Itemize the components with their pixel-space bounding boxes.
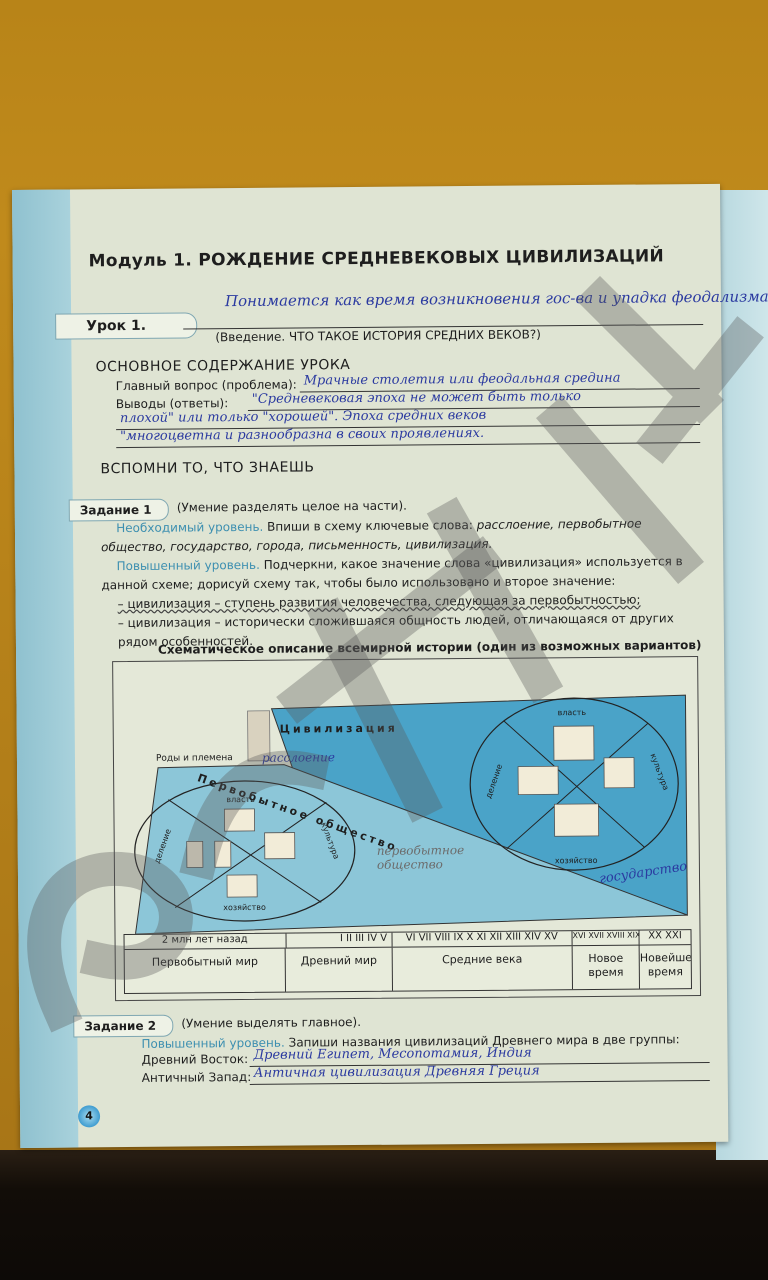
- west-answer: Античная цивилизация Древняя Греция: [254, 1063, 540, 1080]
- task2-skill: (Умение выделять главное).: [181, 1015, 361, 1031]
- remember-title: ВСПОМНИ ТО, ЧТО ЗНАЕШЬ: [100, 459, 314, 477]
- answer-line: [250, 1080, 710, 1085]
- timeline-cell: 2 млн лет назад: [125, 934, 287, 949]
- tribes-label: Роды и племена: [156, 753, 233, 764]
- level2-name: Повышенный уровень.: [116, 558, 259, 573]
- west-label: Античный Запад:: [142, 1070, 252, 1085]
- timeline-cell: I II III IV V: [286, 933, 392, 948]
- civilization-label: Цивилизация: [280, 722, 398, 736]
- task1-level2: Повышенный уровень. Подчеркни, какое зна…: [101, 552, 701, 595]
- history-scheme: Роды и племена Цивилизация Первобытное о…: [112, 656, 701, 1001]
- workbook-page: Модуль 1. РОЖДЕНИЕ СРЕДНЕВЕКОВЫХ ЦИВИЛИЗ…: [12, 184, 728, 1148]
- hand-primitive-society: первобытное общество: [377, 843, 467, 872]
- era-middle-ages: Средние века: [393, 946, 574, 991]
- timeline-cell: VI VII VIII IX X XI XII XIII XIV XV: [392, 931, 573, 947]
- conclusions-line-1: "Средневековая эпоха не может быть тольк…: [252, 389, 581, 407]
- era-modern: Новое время: [573, 946, 640, 990]
- lesson-handwriting: Понимается как время возникновения гос-в…: [225, 287, 768, 310]
- conclusions-line-3: "многоцветна и разнообразна в своих проя…: [120, 426, 484, 444]
- right-sector-economy: хозяйство: [555, 856, 598, 865]
- task1-level1: Необходимый уровень. Впиши в схему ключе…: [101, 514, 701, 557]
- main-question-label: Главный вопрос (проблема):: [116, 378, 297, 394]
- era-contemporary: Новейшее время: [640, 945, 691, 988]
- right-sector-power: власть: [558, 708, 587, 717]
- timeline-table: 2 млн лет назад I II III IV V VI VII VII…: [123, 929, 692, 994]
- level1-text: Впиши в схему ключевые слова:: [267, 518, 473, 534]
- timeline-cell: XVI XVII XVIII XIX: [572, 931, 639, 946]
- lesson-label: Урок 1.: [55, 312, 197, 339]
- timeline-cell: XX XXI: [640, 930, 691, 944]
- left-sector-power: власть: [226, 795, 255, 804]
- left-sector-economy: хозяйство: [223, 903, 266, 912]
- timeline-eras-row: Первобытный мир Древний мир Средние века…: [125, 945, 691, 993]
- level1-name: Необходимый уровень.: [116, 520, 263, 535]
- east-answer: Древний Египет, Месопотамия, Индия: [253, 1045, 531, 1062]
- conclusions-label: Выводы (ответы):: [116, 396, 228, 411]
- era-ancient: Древний мир: [286, 948, 393, 992]
- task1-skill: (Умение разделять целое на части).: [177, 499, 407, 515]
- lesson-subtitle: (Введение. ЧТО ТАКОЕ ИСТОРИЯ СРЕДНИХ ВЕК…: [215, 327, 541, 344]
- main-question-answer: Мрачные столетия или феодальная средина: [304, 371, 621, 389]
- scheme-drawing: [113, 657, 699, 934]
- module-title: Модуль 1. РОЖДЕНИЕ СРЕДНЕВЕКОВЫХ ЦИВИЛИЗ…: [89, 246, 665, 271]
- dark-cloth: [0, 1150, 768, 1280]
- page-number: 4: [78, 1105, 100, 1127]
- conclusions-line-2: плохой" или только "хорошей". Эпоха сред…: [120, 408, 486, 426]
- east-label: Древний Восток:: [142, 1052, 249, 1067]
- hand-stratification: расслоение: [262, 750, 335, 765]
- meaning-1-text: – цивилизация – ступень развития человеч…: [118, 593, 641, 612]
- era-primitive: Первобытный мир: [125, 949, 287, 993]
